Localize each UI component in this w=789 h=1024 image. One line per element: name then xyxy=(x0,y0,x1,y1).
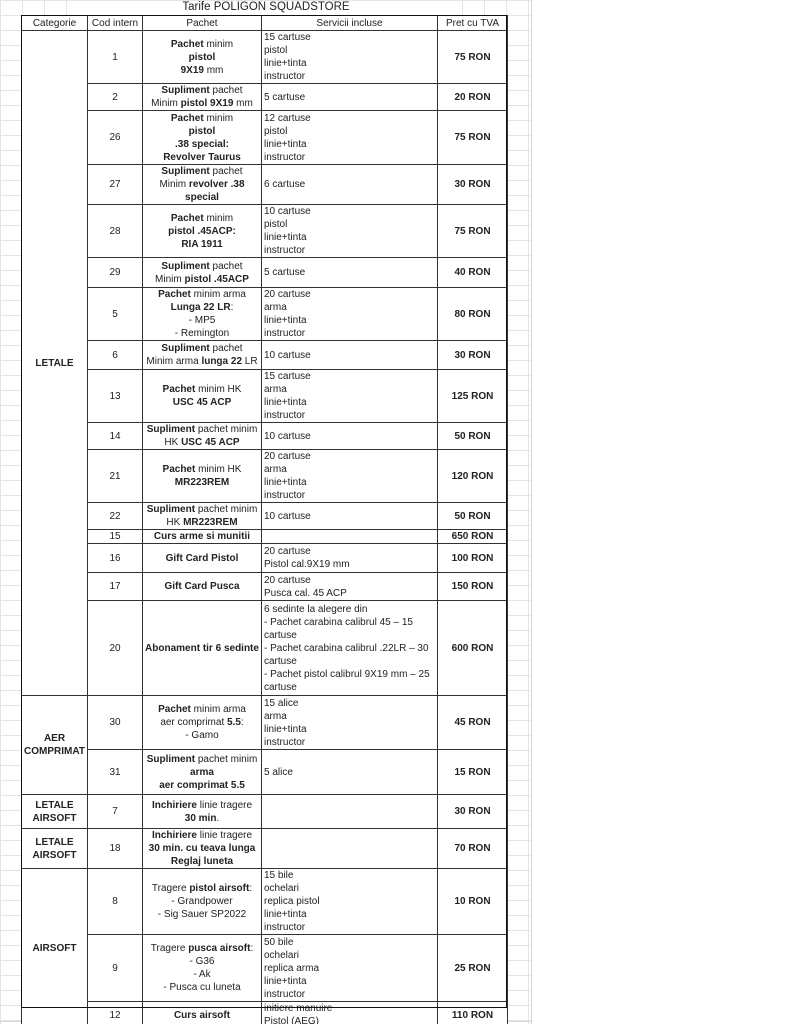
code-cell: 31 xyxy=(88,750,143,795)
package-text: Reglaj luneta xyxy=(171,856,233,867)
package-line: Pachet minim HK xyxy=(145,463,259,476)
table-row: 21Pachet minim HKMR223REM20 cartuse arma… xyxy=(22,450,508,503)
package-cell: Pachet minimpistol.38 special:Revolver T… xyxy=(143,111,262,165)
price-cell: 75 RON xyxy=(438,31,508,84)
package-text: pistol 9X19 xyxy=(181,98,234,109)
package-text: pistol airsoft xyxy=(189,883,249,894)
package-text: Lunga 22 LR xyxy=(171,302,231,313)
package-line: Revolver Taurus xyxy=(145,151,259,164)
package-line: Tragere pistol airsoft: xyxy=(145,882,259,895)
package-cell: Tragere pusca airsoft:- G36- Ak- Pusca c… xyxy=(143,935,262,1002)
package-cell: Supliment pachet minimHK MR223REM xyxy=(143,503,262,530)
package-text: LR xyxy=(242,356,258,367)
table-row: 31Supliment pachet minimarmaaer comprima… xyxy=(22,750,508,795)
table-row: 28Pachet minimpistol .45ACP:RIA 191110 c… xyxy=(22,205,508,258)
package-text: 30 min xyxy=(185,813,217,824)
package-text: Inchiriere xyxy=(152,800,197,811)
services-cell: 15 cartuse arma linie+tinta instructor xyxy=(262,370,438,423)
package-text: .38 special: xyxy=(175,139,229,150)
package-text: minim HK xyxy=(195,464,241,475)
package-text: 9X19 xyxy=(181,65,204,76)
package-text: arma xyxy=(190,767,214,778)
package-text: USC 45 ACP xyxy=(173,397,232,408)
package-line: Pachet minim arma xyxy=(145,703,259,716)
package-cell: Curs airsoft xyxy=(143,1002,262,1024)
package-line: pistol xyxy=(145,51,259,64)
package-line: Supliment pachet xyxy=(145,165,259,178)
package-text: RIA 1911 xyxy=(181,239,222,250)
package-line: Minim revolver .38 xyxy=(145,178,259,191)
price-cell: 30 RON xyxy=(438,165,508,205)
table-row: LETALE AIRSOFT18Inchiriere linie tragere… xyxy=(22,829,508,869)
services-cell: 6 sedinte la alegere din - Pachet carabi… xyxy=(262,601,438,696)
package-text: HK xyxy=(166,517,183,528)
category-cell: LETALE AIRSOFT xyxy=(22,829,88,869)
package-line: - Sig Sauer SP2022 xyxy=(145,908,259,921)
code-cell: 20 xyxy=(88,601,143,696)
package-line: Supliment pachet xyxy=(145,84,259,97)
package-text: linie tragere xyxy=(197,830,252,841)
package-cell: Supliment pachetMinim pistol .45ACP xyxy=(143,258,262,288)
services-cell: 15 alice arma linie+tinta instructor xyxy=(262,696,438,750)
table-row: 13Pachet minim HKUSC 45 ACP15 cartuse ar… xyxy=(22,370,508,423)
package-cell: Supliment pachetMinim revolver .38specia… xyxy=(143,165,262,205)
package-cell: Supliment pachet minimarmaaer comprimat … xyxy=(143,750,262,795)
package-text: Gift Card xyxy=(166,553,212,564)
package-line: Tragere pusca airsoft: xyxy=(145,942,259,955)
package-text: - Remington xyxy=(175,328,229,339)
table-row: 29Supliment pachetMinim pistol .45ACP5 c… xyxy=(22,258,508,288)
price-cell: 15 RON xyxy=(438,750,508,795)
code-cell: 5 xyxy=(88,288,143,341)
table-row: 15Curs arme si munitii650 RON xyxy=(22,530,508,544)
package-text: - Pusca cu luneta xyxy=(163,982,240,993)
column-header-category: Categorie xyxy=(22,16,88,31)
package-line: Abonament tir 6 sedinte xyxy=(145,642,259,655)
table-row: 26Pachet minimpistol.38 special:Revolver… xyxy=(22,111,508,165)
tariff-table: Categorie Cod intern Pachet Servicii inc… xyxy=(21,15,508,1024)
package-text: Pachet xyxy=(158,704,191,715)
package-line: Curs arme si munitii xyxy=(145,530,259,543)
table-row: LETALE1Pachet minimpistol9X19 mm15 cartu… xyxy=(22,31,508,84)
package-text: Pachet xyxy=(171,213,204,224)
code-cell: 21 xyxy=(88,450,143,503)
column-header-package: Pachet xyxy=(143,16,262,31)
price-cell: 100 RON xyxy=(438,544,508,573)
package-cell: Curs arme si munitii xyxy=(143,530,262,544)
package-text: Supliment xyxy=(161,261,209,272)
package-line: Supliment pachet xyxy=(145,342,259,355)
package-line: arma xyxy=(145,766,259,779)
price-cell: 30 RON xyxy=(438,341,508,370)
package-text: MR223REM xyxy=(175,477,229,488)
package-cell: Inchiriere linie tragere30 min. xyxy=(143,795,262,829)
services-cell: 20 cartuse arma linie+tinta instructor xyxy=(262,288,438,341)
package-line: - Remington xyxy=(145,327,259,340)
package-text: pachet minim xyxy=(195,504,257,515)
column-header-code: Cod intern xyxy=(88,16,143,31)
package-cell: Gift Card Pusca xyxy=(143,573,262,601)
package-text: Revolver Taurus xyxy=(163,152,241,163)
price-cell: 45 RON xyxy=(438,696,508,750)
table-row: 20Abonament tir 6 sedinte6 sedinte la al… xyxy=(22,601,508,696)
package-text: Pusca xyxy=(210,581,239,592)
package-text: linie tragere xyxy=(197,800,252,811)
package-text: pusca airsoft xyxy=(188,943,250,954)
price-cell: 25 RON xyxy=(438,935,508,1002)
package-line: Inchiriere linie tragere xyxy=(145,799,259,812)
package-line: - Pusca cu luneta xyxy=(145,981,259,994)
package-line: - Grandpower xyxy=(145,895,259,908)
package-text: mm xyxy=(204,65,223,76)
package-line: Minim arma lunga 22 LR xyxy=(145,355,259,368)
package-line: Supliment pachet minim xyxy=(145,753,259,766)
services-cell: 15 cartuse pistol linie+tinta instructor xyxy=(262,31,438,84)
package-line: Pachet minim HK xyxy=(145,383,259,396)
price-cell: 120 RON xyxy=(438,450,508,503)
package-text: : xyxy=(249,883,252,894)
table-row: LETALE AIRSOFT7Inchiriere linie tragere3… xyxy=(22,795,508,829)
package-line: - Gamo xyxy=(145,729,259,742)
package-text: aer comprimat 5.5 xyxy=(159,780,245,791)
table-row: 2Supliment pachetMinim pistol 9X19 mm5 c… xyxy=(22,84,508,111)
package-line: aer comprimat 5.5 xyxy=(145,779,259,792)
services-cell xyxy=(262,795,438,829)
services-cell: 20 cartuse arma linie+tinta instructor xyxy=(262,450,438,503)
package-line: HK USC 45 ACP xyxy=(145,436,259,449)
package-text: Minim arma xyxy=(146,356,201,367)
services-cell: 10 cartuse pistol linie+tinta instructor xyxy=(262,205,438,258)
category-cell: LETALE AIRSOFT xyxy=(22,795,88,829)
package-text: Tragere xyxy=(151,943,188,954)
services-cell: 5 cartuse xyxy=(262,84,438,111)
package-text: - Gamo xyxy=(185,730,218,741)
code-cell: 17 xyxy=(88,573,143,601)
package-text: minim xyxy=(204,113,233,124)
package-text: Pachet xyxy=(171,39,204,50)
package-line: Pachet minim xyxy=(145,112,259,125)
code-cell: 7 xyxy=(88,795,143,829)
table-header-row: Categorie Cod intern Pachet Servicii inc… xyxy=(22,16,508,31)
package-line: - G36 xyxy=(145,955,259,968)
package-line: Pachet minim arma xyxy=(145,288,259,301)
code-cell: 6 xyxy=(88,341,143,370)
package-line: special xyxy=(145,191,259,204)
package-text: mm xyxy=(233,98,252,109)
package-text: : xyxy=(231,302,234,313)
code-cell: 2 xyxy=(88,84,143,111)
price-cell: 10 RON xyxy=(438,869,508,935)
package-text: pistol xyxy=(189,126,216,137)
package-text: minim arma xyxy=(191,289,246,300)
code-cell: 12 xyxy=(88,1002,143,1024)
price-cell: 30 RON xyxy=(438,795,508,829)
package-text: pachet minim xyxy=(195,754,257,765)
code-cell: 30 xyxy=(88,696,143,750)
package-line: 30 min. cu teava lunga xyxy=(145,842,259,855)
package-line: pistol xyxy=(145,125,259,138)
services-cell xyxy=(262,530,438,544)
package-text: Tragere xyxy=(152,883,189,894)
grid-edge xyxy=(531,0,532,1024)
package-line: 30 min. xyxy=(145,812,259,825)
package-line: Minim pistol .45ACP xyxy=(145,273,259,286)
package-cell: Pachet minim HKUSC 45 ACP xyxy=(143,370,262,423)
price-cell: 75 RON xyxy=(438,111,508,165)
column-header-price: Pret cu TVA xyxy=(438,16,508,31)
package-text: pachet xyxy=(210,166,243,177)
package-text: revolver .38 xyxy=(189,179,245,190)
table-row: 27Supliment pachetMinim revolver .38spec… xyxy=(22,165,508,205)
package-text: USC 45 ACP xyxy=(181,437,240,448)
package-cell: Abonament tir 6 sedinte xyxy=(143,601,262,696)
package-text: aer comprimat xyxy=(160,717,227,728)
package-line: Pachet minim xyxy=(145,212,259,225)
code-cell: 22 xyxy=(88,503,143,530)
package-text: Minim xyxy=(151,98,180,109)
package-cell: Inchiriere linie tragere30 min. cu teava… xyxy=(143,829,262,869)
package-text: - G36 xyxy=(189,956,214,967)
package-line: Pachet minim xyxy=(145,38,259,51)
services-cell xyxy=(262,829,438,869)
code-cell: 18 xyxy=(88,829,143,869)
package-cell: Supliment pachetMinim arma lunga 22 LR xyxy=(143,341,262,370)
package-text: pachet xyxy=(210,343,243,354)
package-text: Pachet xyxy=(163,464,196,475)
package-text: minim xyxy=(204,213,233,224)
package-cell: Supliment pachetMinim pistol 9X19 mm xyxy=(143,84,262,111)
package-line: - Ak xyxy=(145,968,259,981)
category-cell: LETALE xyxy=(22,31,88,696)
package-text: Supliment xyxy=(161,343,209,354)
sheet-title: Tarife POLIGON SQUADSTORE xyxy=(86,1,446,15)
package-text: minim HK xyxy=(195,384,241,395)
package-text: Supliment xyxy=(161,166,209,177)
package-line: .38 special: xyxy=(145,138,259,151)
services-cell: 15 bile ochelari replica pistol linie+ti… xyxy=(262,869,438,935)
code-cell: 29 xyxy=(88,258,143,288)
package-text: - Ak xyxy=(193,969,210,980)
package-text: Supliment xyxy=(147,424,195,435)
table-row: 6Supliment pachetMinim arma lunga 22 LR1… xyxy=(22,341,508,370)
services-cell: 12 cartuse pistol linie+tinta instructor xyxy=(262,111,438,165)
services-cell: 10 cartuse xyxy=(262,503,438,530)
code-cell: 1 xyxy=(88,31,143,84)
package-cell: Supliment pachet minimHK USC 45 ACP xyxy=(143,423,262,450)
column-header-services: Servicii incluse xyxy=(262,16,438,31)
table-row: AER COMPRIMAT30Pachet minim armaaer comp… xyxy=(22,696,508,750)
package-text: Pachet xyxy=(171,113,204,124)
package-line: RIA 1911 xyxy=(145,238,259,251)
package-text: : xyxy=(250,943,253,954)
price-cell: 110 RON xyxy=(438,1002,508,1024)
package-text: - MP5 xyxy=(189,315,216,326)
package-line: USC 45 ACP xyxy=(145,396,259,409)
services-cell: 5 alice xyxy=(262,750,438,795)
services-cell: 10 cartuse xyxy=(262,423,438,450)
package-text: HK xyxy=(164,437,181,448)
package-text: : xyxy=(241,717,244,728)
price-cell: 75 RON xyxy=(438,205,508,258)
table-row: 9Tragere pusca airsoft:- G36- Ak- Pusca … xyxy=(22,935,508,1002)
price-cell: 80 RON xyxy=(438,288,508,341)
package-text: pachet minim xyxy=(195,424,257,435)
price-cell: 150 RON xyxy=(438,573,508,601)
package-text: pistol .45ACP xyxy=(184,274,248,285)
code-cell: 28 xyxy=(88,205,143,258)
package-text: minim arma xyxy=(191,704,246,715)
package-text: Inchiriere xyxy=(152,830,197,841)
code-cell: 15 xyxy=(88,530,143,544)
services-cell: 6 cartuse xyxy=(262,165,438,205)
category-cell: AIRSOFT xyxy=(22,869,88,1024)
package-text: Pachet xyxy=(163,384,196,395)
package-text: Minim xyxy=(155,274,184,285)
services-cell: 50 bile ochelari replica arma linie+tint… xyxy=(262,935,438,1002)
package-line: Supliment pachet minim xyxy=(145,503,259,516)
package-text: pistol xyxy=(189,52,216,63)
package-line: Gift Card Pistol xyxy=(145,552,259,565)
table-row: 12Curs airsoftinitiere manuire Pistol (A… xyxy=(22,1002,508,1024)
services-cell: 20 cartuse Pistol cal.9X19 mm xyxy=(262,544,438,573)
services-cell: 10 cartuse xyxy=(262,341,438,370)
services-cell: initiere manuire Pistol (AEG) xyxy=(262,1002,438,1024)
package-cell: Pachet minim armaLunga 22 LR:- MP5- Remi… xyxy=(143,288,262,341)
package-line: aer comprimat 5.5: xyxy=(145,716,259,729)
package-cell: Tragere pistol airsoft:- Grandpower- Sig… xyxy=(143,869,262,935)
package-cell: Pachet minim HKMR223REM xyxy=(143,450,262,503)
price-cell: 600 RON xyxy=(438,601,508,696)
package-text: pachet xyxy=(210,261,243,272)
package-text: Supliment xyxy=(147,504,195,515)
table-body: LETALE1Pachet minimpistol9X19 mm15 cartu… xyxy=(22,31,508,1024)
package-cell: Pachet minimpistol .45ACP:RIA 1911 xyxy=(143,205,262,258)
code-cell: 8 xyxy=(88,869,143,935)
package-cell: Pachet minim armaaer comprimat 5.5:- Gam… xyxy=(143,696,262,750)
table-row: 17Gift Card Pusca20 cartuse Pusca cal. 4… xyxy=(22,573,508,601)
package-line: Minim pistol 9X19 mm xyxy=(145,97,259,110)
table-row: 5Pachet minim armaLunga 22 LR:- MP5- Rem… xyxy=(22,288,508,341)
code-cell: 26 xyxy=(88,111,143,165)
package-cell: Gift Card Pistol xyxy=(143,544,262,573)
package-text: Gift Card xyxy=(164,581,210,592)
package-line: Lunga 22 LR: xyxy=(145,301,259,314)
code-cell: 14 xyxy=(88,423,143,450)
package-text: 5.5 xyxy=(227,717,241,728)
price-cell: 50 RON xyxy=(438,423,508,450)
price-cell: 50 RON xyxy=(438,503,508,530)
package-line: MR223REM xyxy=(145,476,259,489)
code-cell: 9 xyxy=(88,935,143,1002)
package-text: Supliment xyxy=(147,754,195,765)
package-text: . xyxy=(216,813,219,824)
package-text: Pistol xyxy=(211,553,238,564)
package-text: pistol .45ACP: xyxy=(168,226,236,237)
price-cell: 125 RON xyxy=(438,370,508,423)
price-cell: 70 RON xyxy=(438,829,508,869)
package-text: Curs airsoft xyxy=(174,1010,230,1021)
table-row: AIRSOFT8Tragere pistol airsoft:- Grandpo… xyxy=(22,869,508,935)
price-cell: 650 RON xyxy=(438,530,508,544)
code-cell: 16 xyxy=(88,544,143,573)
package-text: Pachet xyxy=(158,289,191,300)
package-line: 9X19 mm xyxy=(145,64,259,77)
package-text: - Grandpower xyxy=(171,896,232,907)
package-text: pachet xyxy=(210,85,243,96)
package-text: special xyxy=(185,192,219,203)
package-line: Reglaj luneta xyxy=(145,855,259,868)
price-cell: 40 RON xyxy=(438,258,508,288)
code-cell: 13 xyxy=(88,370,143,423)
package-text: MR223REM xyxy=(183,517,237,528)
package-text: 30 min. cu teava lunga xyxy=(149,843,256,854)
category-cell: AER COMPRIMAT xyxy=(22,696,88,795)
package-text: Abonament tir 6 sedinte xyxy=(145,643,259,654)
services-cell: 5 cartuse xyxy=(262,258,438,288)
package-text: lunga 22 xyxy=(201,356,242,367)
package-text: minim xyxy=(204,39,233,50)
table-row: 22Supliment pachet minimHK MR223REM10 ca… xyxy=(22,503,508,530)
table-row: 16Gift Card Pistol20 cartuse Pistol cal.… xyxy=(22,544,508,573)
package-line: pistol .45ACP: xyxy=(145,225,259,238)
price-cell: 20 RON xyxy=(438,84,508,111)
package-line: Gift Card Pusca xyxy=(145,580,259,593)
package-line: - MP5 xyxy=(145,314,259,327)
package-line: Supliment pachet minim xyxy=(145,423,259,436)
code-cell: 27 xyxy=(88,165,143,205)
services-cell: 20 cartuse Pusca cal. 45 ACP xyxy=(262,573,438,601)
package-line: Curs airsoft xyxy=(145,1009,259,1022)
package-text: - Sig Sauer SP2022 xyxy=(158,909,246,920)
table-row: 14Supliment pachet minimHK USC 45 ACP10 … xyxy=(22,423,508,450)
package-line: Inchiriere linie tragere xyxy=(145,829,259,842)
package-text: Supliment xyxy=(161,85,209,96)
package-line: HK MR223REM xyxy=(145,516,259,529)
package-cell: Pachet minimpistol9X19 mm xyxy=(143,31,262,84)
package-line: Supliment pachet xyxy=(145,260,259,273)
package-text: Curs arme si munitii xyxy=(154,531,250,542)
package-text: Minim xyxy=(159,179,188,190)
